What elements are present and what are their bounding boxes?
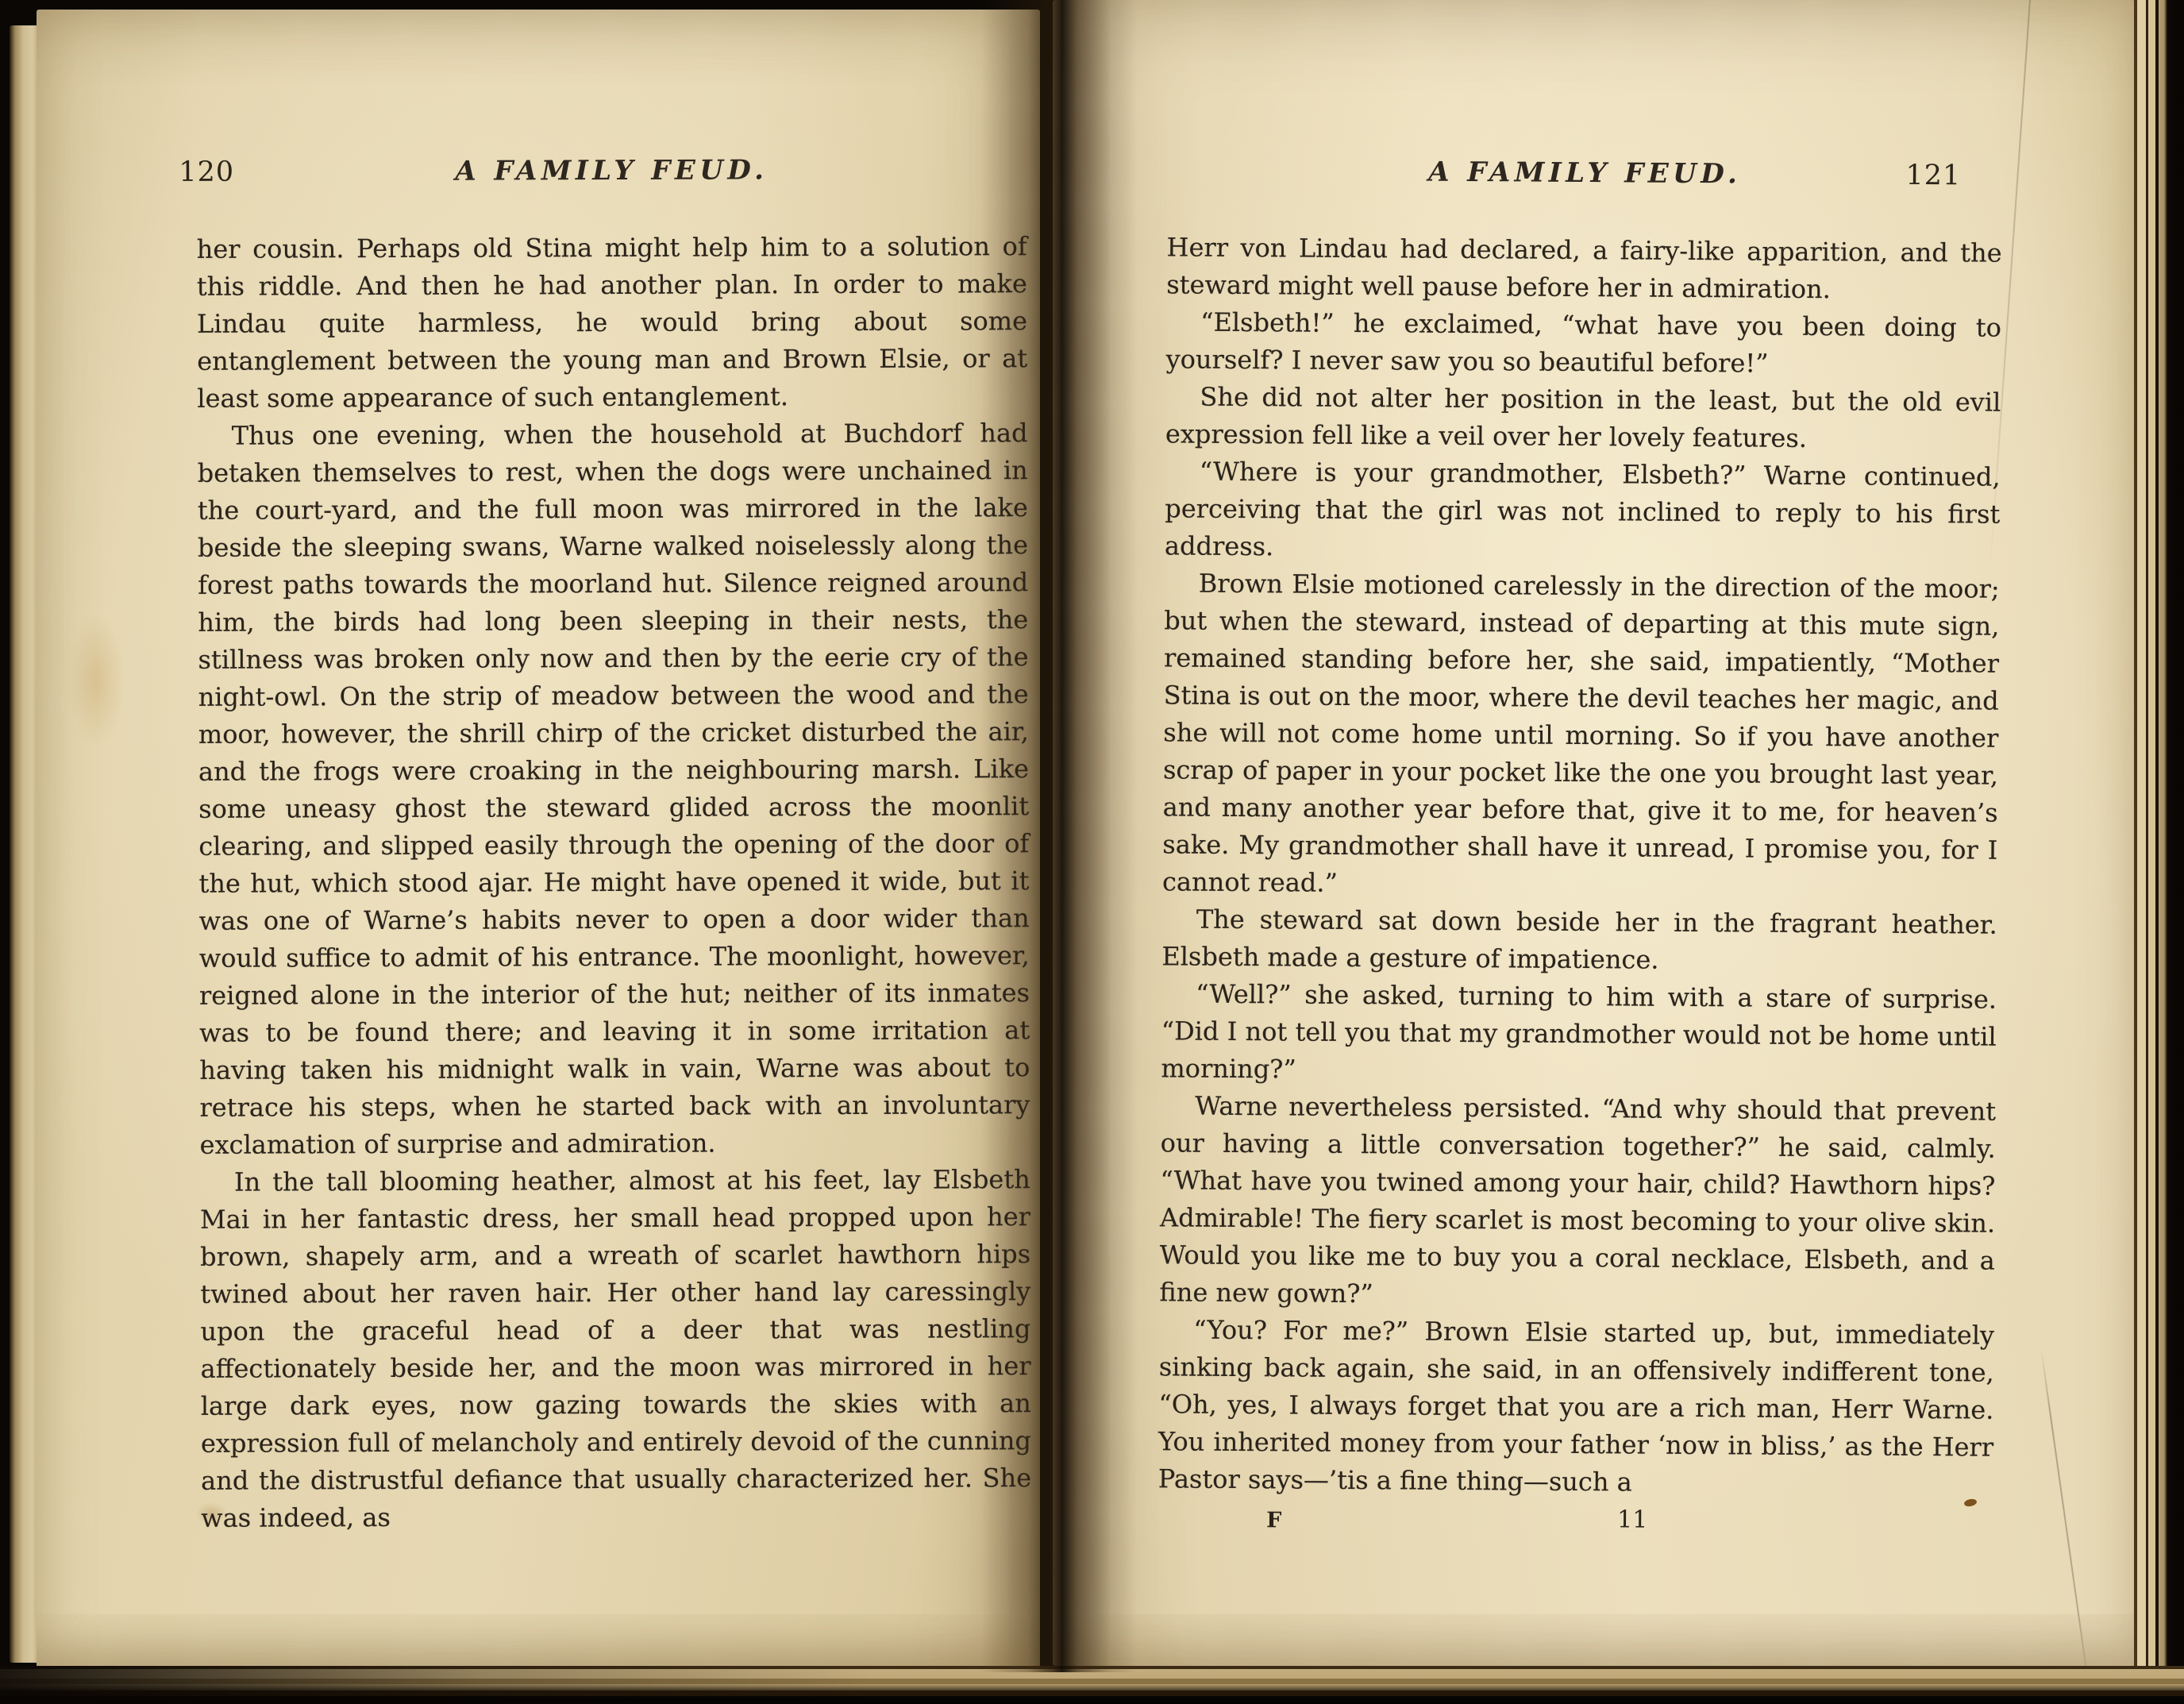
page-number: 120 [179, 156, 234, 188]
right-page-header-row: A FAMILY FEUD. 121 [1167, 154, 2002, 196]
book-spread-photo: 120 A FAMILY FEUD. her cousin. Perhaps o… [0, 0, 2184, 1704]
paragraph: “Elsbeth!” he exclaimed, “what have you … [1165, 303, 2001, 384]
paragraph: her cousin. Perhaps old Stina might help… [197, 228, 1028, 418]
paragraph: “Well?” she asked, turning to him with a… [1161, 975, 1997, 1093]
page-number: 121 [1905, 160, 1961, 191]
foxing-spot [68, 613, 124, 748]
paragraph: Thus one evening, when the household at … [197, 414, 1030, 1164]
running-header: A FAMILY FEUD. [1167, 154, 2002, 191]
paragraph: “You? For me?” Brown Elsie started up, b… [1158, 1311, 1995, 1503]
right-page-text: Herr von Lindau had declared, a fairy-li… [1158, 229, 2002, 1503]
paragraph: The steward sat down beside her in the f… [1161, 900, 1997, 981]
left-page-content: 120 A FAMILY FEUD. her cousin. Perhaps o… [196, 8, 1032, 1537]
paragraph: “Where is your grandmother, Elsbeth?” Wa… [1165, 453, 2001, 570]
paragraph: Herr von Lindau had declared, a fairy-li… [1166, 229, 2002, 309]
printer-signature-mark: F [1266, 1508, 1281, 1532]
left-page-header-row: 120 A FAMILY FEUD. [196, 153, 1027, 193]
paragraph: Brown Elsie motioned carelessly in the d… [1162, 565, 2000, 906]
footer-page-indicator: 11 [1617, 1505, 1647, 1533]
page-stack-edge-left [10, 25, 40, 1663]
left-page-text: her cousin. Perhaps old Stina might help… [197, 228, 1032, 1537]
paragraph: Warne nevertheless persisted. “And why s… [1159, 1087, 1996, 1317]
paragraph: She did not alter her position in the le… [1165, 378, 2001, 458]
right-page: A FAMILY FEUD. 121 Herr von Lindau had d… [1053, 0, 2136, 1666]
right-page-content: A FAMILY FEUD. 121 Herr von Lindau had d… [1157, 0, 2004, 1553]
paragraph: In the tall blooming heather, almost at … [200, 1161, 1032, 1537]
running-header: A FAMILY FEUD. [196, 153, 1027, 188]
page-stack-edge-bottom [0, 1666, 2184, 1704]
left-page: 120 A FAMILY FEUD. her cousin. Perhaps o… [37, 10, 1040, 1667]
paper-crease-line [2040, 1348, 2088, 1679]
footer-marks: F 11 [1157, 1507, 1993, 1552]
page-stack-edge-right [2134, 0, 2184, 1674]
